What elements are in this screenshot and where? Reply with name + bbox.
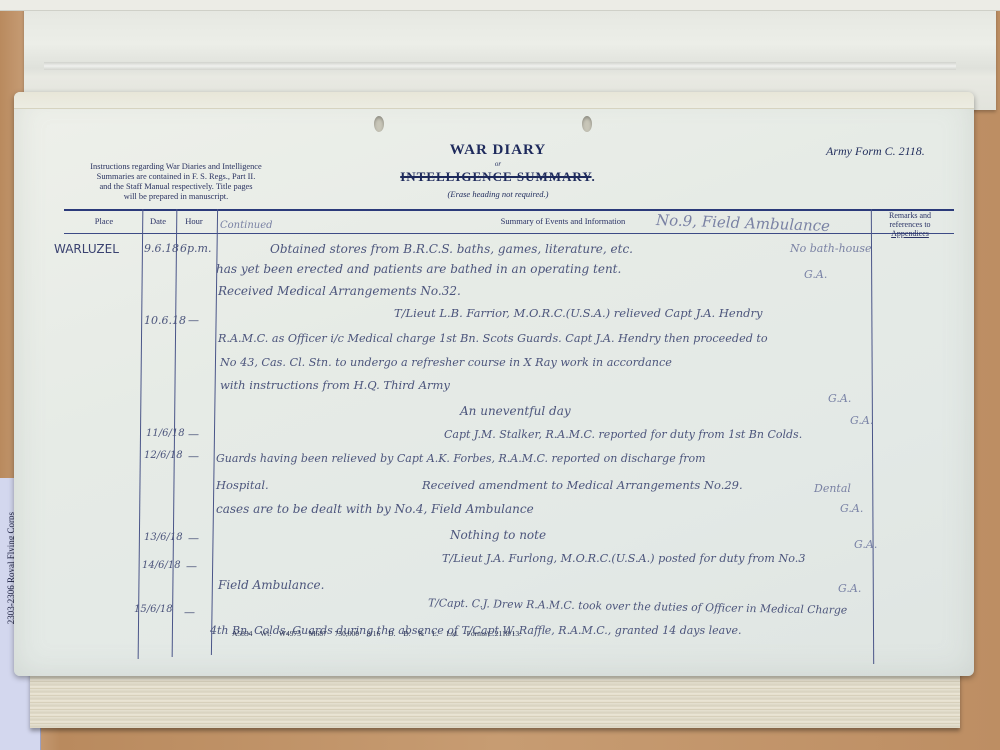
punch-hole — [374, 116, 384, 132]
instruction-line: and the Staff Manual respectively. Title… — [76, 182, 276, 192]
entry-hour: — — [188, 314, 199, 327]
entry-hour: — — [188, 450, 199, 463]
summary-line: Obtained stores from B.R.C.S. baths, gam… — [270, 242, 633, 256]
remark-no-bath-house: No bath-house — [790, 242, 872, 255]
instruction-line: will be prepared in manuscript. — [76, 192, 276, 202]
summary-line: Nothing to note — [450, 528, 546, 542]
summary-line: Received amendment to Medical Arrangemen… — [422, 478, 743, 492]
initials-signature: G.A. — [854, 538, 877, 551]
remarks-header-line: Remarks and — [878, 211, 942, 220]
entry-hour: — — [186, 560, 197, 573]
summary-line: Capt J.M. Stalker, R.A.M.C. reported for… — [444, 428, 802, 441]
summary-line: cases are to be dealt with by No.4, Fiel… — [216, 502, 534, 516]
folder-crease — [44, 62, 956, 70]
form-instructions: Instructions regarding War Diaries and I… — [76, 162, 276, 202]
printer-imprint: A5834 Wt. W4973 M687 750,000 8/16 D. D. … — [232, 629, 521, 638]
entry-hour: — — [188, 532, 199, 545]
summary-line: T/Capt. C.J. Drew R.A.M.C. took over the… — [428, 596, 847, 616]
summary-line: with instructions from H.Q. Third Army — [220, 378, 450, 392]
entry-date: 10.6.18 — [144, 314, 186, 327]
unit-heading: No.9, Field Ambulance — [656, 211, 831, 235]
entry-date: 12/6/18 — [144, 450, 183, 461]
summary-line: Received Medical Arrangements No.32. — [218, 284, 461, 298]
entry-hour: — — [184, 606, 195, 619]
form-title-or: or — [378, 160, 618, 168]
summary-line: Field Ambulance. — [218, 578, 324, 592]
struck-heading: INTELLIGENCE SUMMARY — [400, 169, 591, 184]
column-header-hour: Hour — [176, 216, 212, 226]
entry-date: 13/6/18 — [144, 532, 183, 543]
entry-hour: — — [188, 428, 199, 441]
instruction-line: Instructions regarding War Diaries and I… — [76, 162, 276, 172]
summary-line: T/Lieut L.B. Farrior, M.O.R.C.(U.S.A.) r… — [394, 306, 762, 320]
continued-note: Continued — [220, 220, 273, 231]
remarks-header-line: references to — [878, 220, 942, 229]
sheet-binding-band — [14, 92, 974, 109]
entry-date: 14/6/18 — [142, 560, 181, 571]
war-diary-sheet: Instructions regarding War Diaries and I… — [14, 92, 974, 676]
remark-dental: Dental — [814, 482, 851, 495]
form-title: WAR DIARY — [378, 142, 618, 159]
summary-line: Guards having been relieved by Capt A.K.… — [216, 452, 706, 465]
erase-note: (Erase heading not required.) — [378, 189, 618, 199]
summary-line: An uneventful day — [460, 404, 571, 418]
instruction-line: Summaries are contained in F. S. Regs., … — [76, 172, 276, 182]
heading-period: . — [592, 169, 596, 184]
army-form-number: Army Form C. 2118. — [826, 144, 925, 159]
entry-hour: 6p.m. — [180, 242, 211, 255]
column-divider — [871, 209, 874, 664]
summary-line: T/Lieut J.A. Furlong, M.O.R.C.(U.S.A.) p… — [442, 552, 805, 565]
column-header-remarks: Remarks and references to Appendices — [878, 211, 942, 238]
remarks-header-line: Appendices — [878, 229, 942, 238]
summary-line: has yet been erected and patients are ba… — [216, 262, 621, 276]
column-header-place: Place — [84, 216, 124, 226]
summary-line: No 43, Cas. Cl. Stn. to undergo a refres… — [220, 356, 672, 369]
table-top-rule — [64, 209, 954, 211]
entry-date: 11/6/18 — [146, 428, 185, 439]
initials-signature: G.A. — [850, 414, 873, 427]
form-title-block: WAR DIARY or INTELLIGENCE SUMMARY. (Eras… — [378, 142, 618, 199]
place-name: WARLUZEL — [54, 242, 119, 256]
folder-edge — [0, 0, 1000, 11]
initials-signature: G.A. — [838, 582, 861, 595]
entry-date: 15/6/18 — [134, 604, 173, 615]
initials-signature: G.A. — [804, 268, 827, 281]
column-header-summary: Summary of Events and Information — [458, 216, 668, 226]
initials-signature: G.A. — [840, 502, 863, 515]
summary-line: R.A.M.C. as Officer i/c Medical charge 1… — [218, 332, 768, 345]
column-divider — [138, 209, 144, 659]
initials-signature: G.A. — [828, 392, 851, 405]
summary-line: Hospital. — [216, 478, 269, 492]
entry-date: 9.6.18 — [144, 242, 179, 255]
page-stack-edge — [30, 668, 960, 728]
punch-hole — [582, 116, 592, 132]
column-header-date: Date — [142, 216, 174, 226]
